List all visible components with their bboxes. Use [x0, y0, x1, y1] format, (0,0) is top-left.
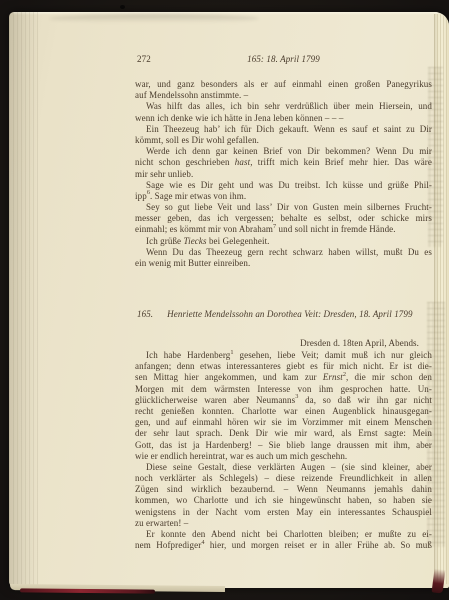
- text-line: nem Hofprediger4 hier, und morgen reiset…: [135, 540, 432, 551]
- text-line: Wenn Du das Theezeug gern recht schwarz …: [135, 247, 432, 258]
- text-line: gen, und auf einmahl hören wir sie im Vo…: [135, 417, 432, 428]
- text-line: einmahl; es kömmt mir von Abraham7 und s…: [135, 224, 432, 235]
- text-line: mir sehr unlieb.: [135, 169, 432, 180]
- text-line: kömmt, soll es Dir wohl gefallen.: [135, 135, 432, 146]
- text-line: kommen, wo Charlotte und ich sie hingewü…: [135, 495, 432, 506]
- text-line: messer geben, das ich vergessen; behalte…: [135, 213, 432, 224]
- book-page: 272 165: 18. April 1799 war, und ganz be…: [9, 12, 449, 588]
- letter-title: Henriette Mendelssohn an Dorothea Veit: …: [167, 309, 432, 320]
- letter-164-body: war, und ganz besonders als er auf einma…: [135, 79, 432, 269]
- text-line: Diese seine Gestalt, diese verklärten Au…: [135, 462, 432, 473]
- letter-165-heading: 165. Henriette Mendelssohn an Dorothea V…: [137, 309, 432, 320]
- text-line: ein wenig mit Butter einreiben.: [135, 258, 432, 269]
- text-line: ipp6. Sage mir etwas von ihm.: [135, 191, 432, 202]
- text-line: zu erwarten! –: [135, 518, 432, 529]
- text-line: nicht schon geschrieben hast, trifft mic…: [135, 157, 432, 168]
- text-line: auf Mendelssohn anstimmte. –: [135, 90, 432, 101]
- text-line: Sage wie es Dir geht und was Du treibst.…: [135, 180, 432, 191]
- running-head: 272 165: 18. April 1799: [135, 54, 432, 66]
- text-line: wenn ich denke wie ich hätte in Jena leb…: [135, 113, 432, 124]
- text-line: der sehr laut sprach. Denk Dir wie mir w…: [135, 428, 432, 439]
- book-scan: 272 165: 18. April 1799 war, und ganz be…: [0, 0, 449, 600]
- letter-165-body: Ich habe Hardenberg1 gesehen, liebe Veit…: [135, 350, 432, 551]
- gutter-shadow: [9, 12, 39, 588]
- text-line: Zügen sind wirklich bezaubernd. – Wenn N…: [135, 484, 432, 495]
- dust-speck: [120, 5, 125, 9]
- text-line: Sey so gut liebe Veit und lass’ Dir von …: [135, 202, 432, 213]
- text-line: Ich habe Hardenberg1 gesehen, liebe Veit…: [135, 350, 432, 361]
- letter-number: 165.: [137, 309, 153, 320]
- text-line: recht genießen konnten. Charlotte war ei…: [135, 406, 432, 417]
- text-line: glücklicherweise waren aber Neumanns3 da…: [135, 395, 432, 406]
- text-line: anfangen; denn etwas interessanteres gie…: [135, 361, 432, 372]
- text-line: Was hilft das alles, ich bin sehr verdrü…: [135, 101, 432, 112]
- letter-dateline: Dresden d. 18ten April, Abends.: [135, 338, 419, 349]
- text-line: Morgen mit dem wärmsten Interesse von ih…: [135, 384, 432, 395]
- running-head-title: 165: 18. April 1799: [135, 54, 432, 65]
- text-line: Ein Theezeug hab’ ich für Dich gekauft. …: [135, 124, 432, 135]
- text-line: noch verklärter als Schlegels) – diese r…: [135, 473, 432, 484]
- text-line: Gott, das ist ja Hardenberg! – Sie blieb…: [135, 440, 432, 451]
- text-line: sen Mittag hier angekommen, und kam zur …: [135, 372, 432, 383]
- text-line: Ich grüße Tiecks bei Gelegenheit.: [135, 236, 432, 247]
- book-cover-edge: [20, 588, 155, 593]
- page-top-shadow: [49, 14, 259, 23]
- text-line: wie er endlich hereintrat, war es auch u…: [135, 451, 432, 462]
- text-line: Er konnte den Abend nicht bei Charlotten…: [135, 529, 432, 540]
- text-line: war, und ganz besonders als er auf einma…: [135, 79, 432, 90]
- text-line: wenigstens in der Nacht vom ersten May e…: [135, 507, 432, 518]
- book-cover-corner: [432, 568, 446, 593]
- text-line: Werde ich denn gar keinen Brief von Dir …: [135, 146, 432, 157]
